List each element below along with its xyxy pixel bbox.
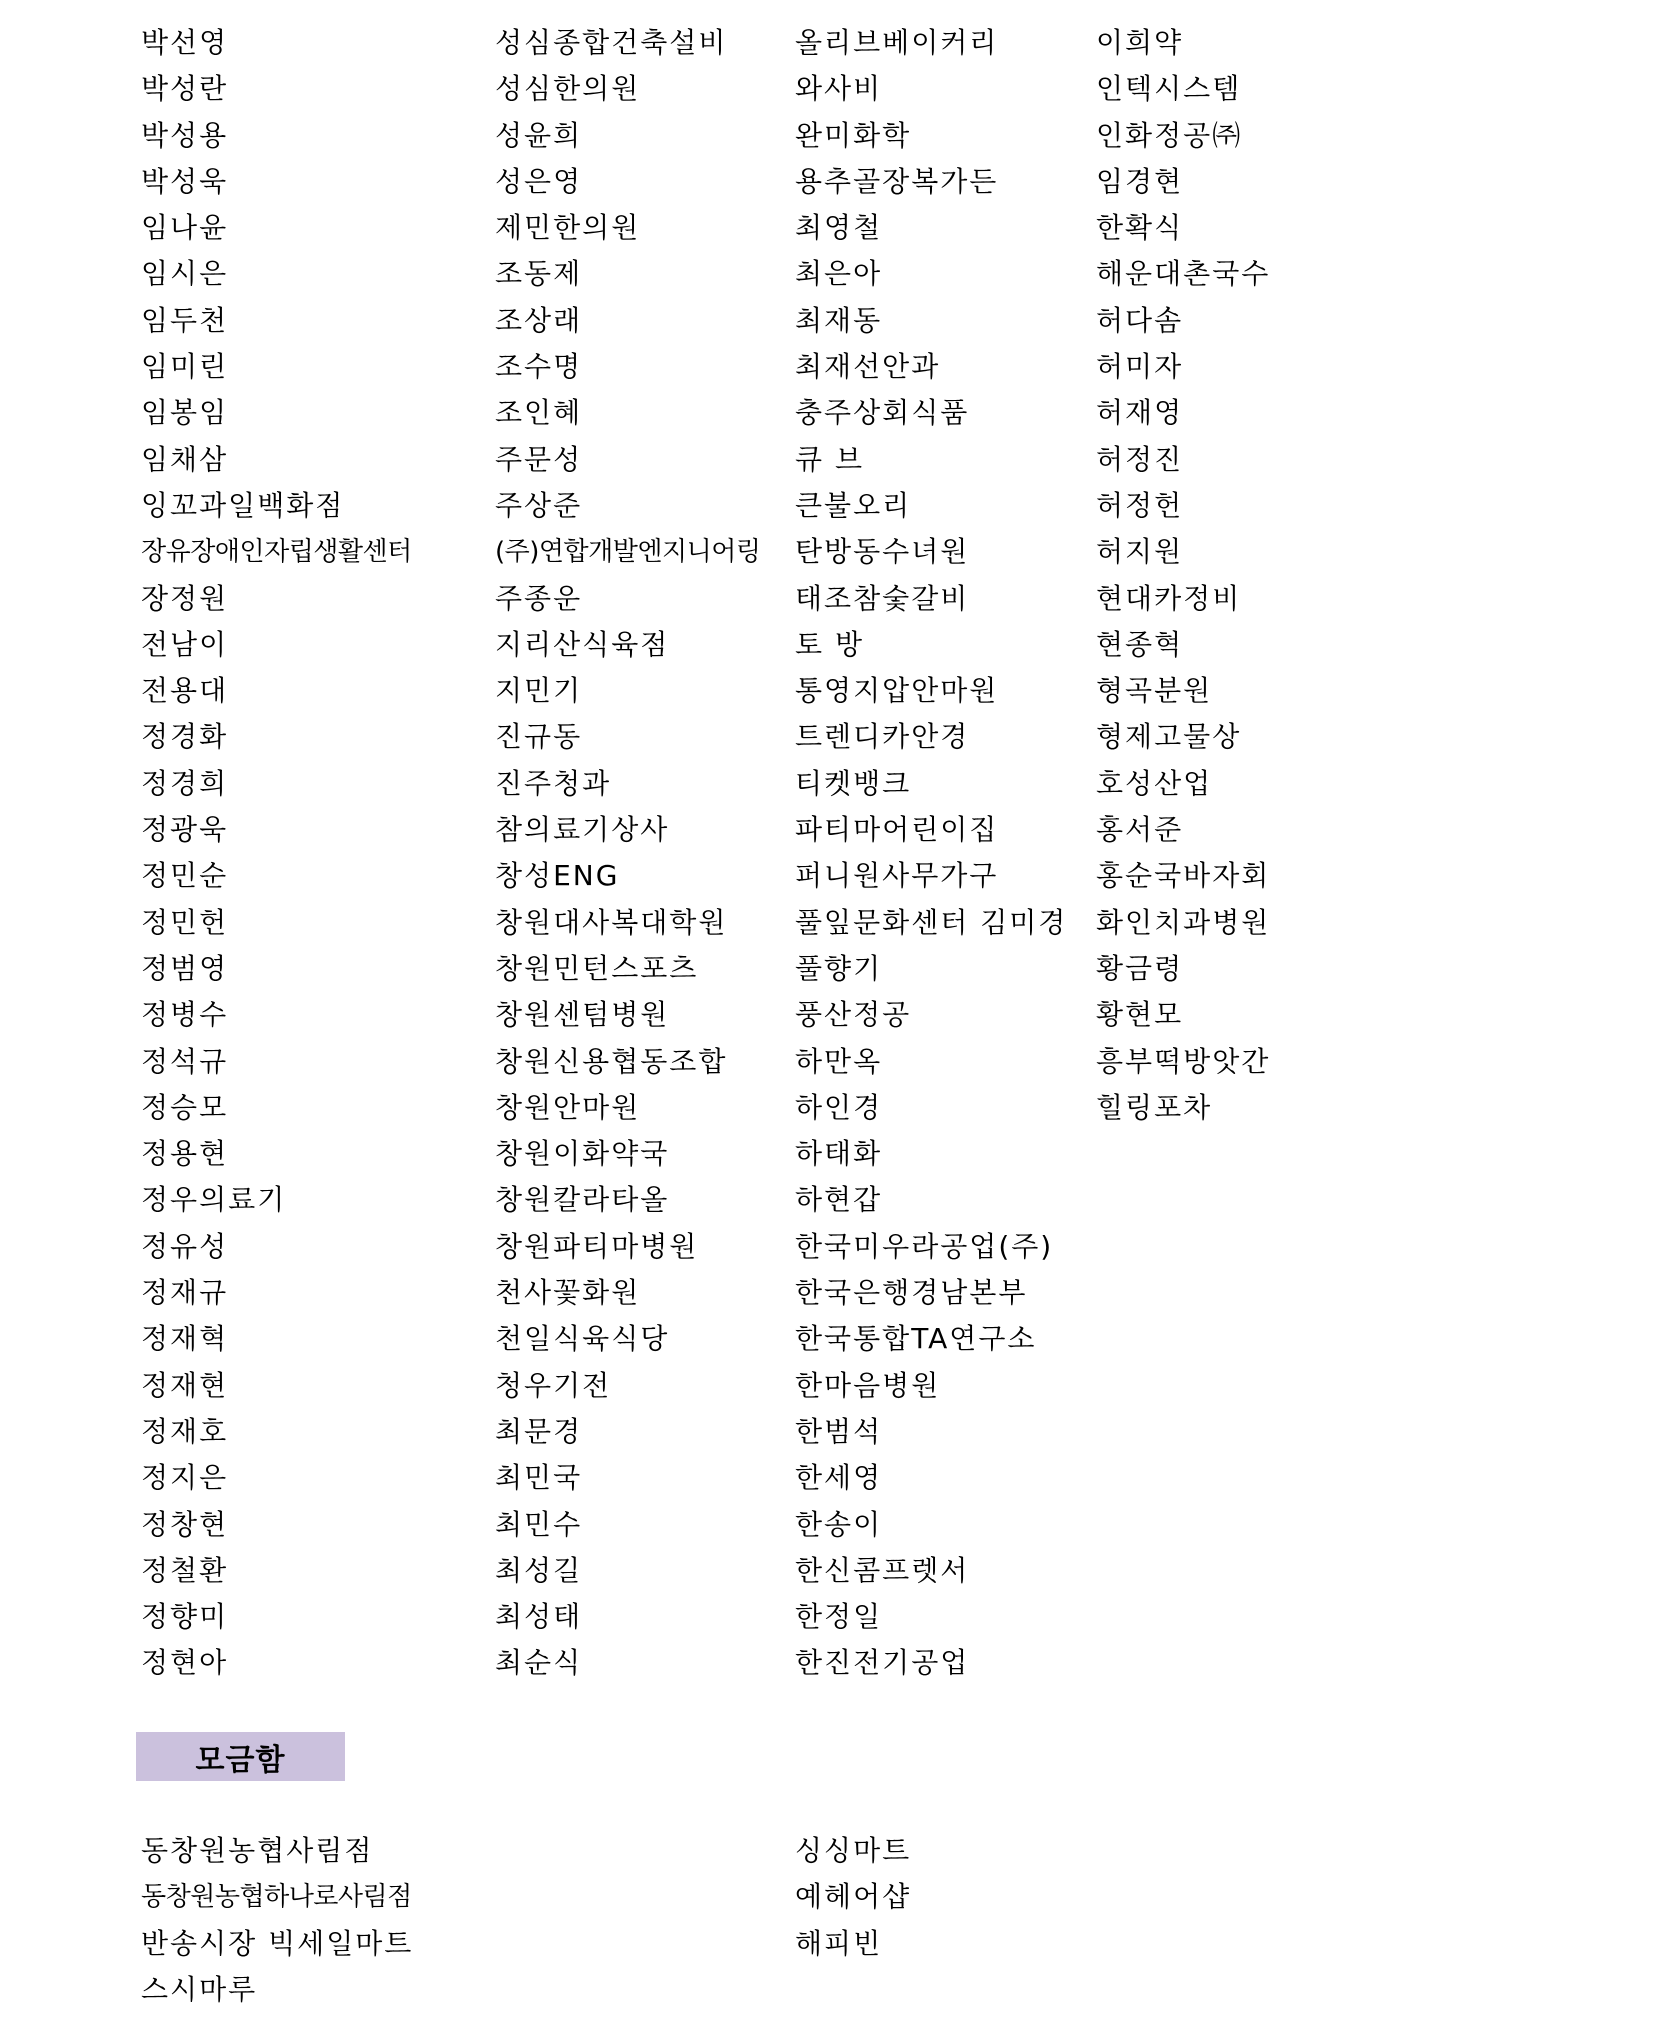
- list-item: 정재혁: [141, 1316, 412, 1362]
- list-item: 태조참숯갈비: [795, 576, 1067, 622]
- list-item: 풀향기: [795, 946, 1067, 992]
- list-item: 황현모: [1096, 992, 1270, 1038]
- list-item: 장유장애인자립생활센터: [141, 529, 412, 575]
- list-item: 충주상회식품: [795, 390, 1067, 436]
- list-item: 최재선안과: [795, 344, 1067, 390]
- list-item: 창원이화약국: [495, 1131, 760, 1177]
- list-item: 하현갑: [795, 1177, 1067, 1223]
- list-item: 창원센텀병원: [495, 992, 760, 1038]
- list-item: 한국통합TA연구소: [795, 1316, 1067, 1362]
- list-item: 정경화: [141, 714, 412, 760]
- list-item: 올리브베이커리: [795, 20, 1067, 66]
- list-item: 최민수: [495, 1502, 760, 1548]
- list-item: 창원신용협동조합: [495, 1039, 760, 1085]
- list-item: 한세영: [795, 1455, 1067, 1501]
- list-item: 청우기전: [495, 1363, 760, 1409]
- list-item: 주문성: [495, 437, 760, 483]
- list-item: 큰불오리: [795, 483, 1067, 529]
- list-item: 임채삼: [141, 437, 412, 483]
- list-item: 현대카정비: [1096, 576, 1270, 622]
- list-item: 인화정공㈜: [1096, 113, 1270, 159]
- list-item: 한신콤프렛서: [795, 1548, 1067, 1594]
- list-item: 정승모: [141, 1085, 412, 1131]
- list-item: 홍순국바자회: [1096, 853, 1270, 899]
- list-item: 퍼니원사무가구: [795, 853, 1067, 899]
- list-item: 싱싱마트: [795, 1828, 911, 1874]
- list-item: 허지원: [1096, 529, 1270, 575]
- list-item: 진주청과: [495, 761, 760, 807]
- list-item: 완미화학: [795, 113, 1067, 159]
- list-item: 허정진: [1096, 437, 1270, 483]
- list-item: 허정헌: [1096, 483, 1270, 529]
- section-title: 모금함: [196, 1735, 286, 1779]
- list-item: 최재동: [795, 298, 1067, 344]
- donor-column-4: 이희약인텍시스템인화정공㈜임경현한확식해운대촌국수허다솜허미자허재영허정진허정헌…: [1096, 20, 1270, 1131]
- list-item: 전용대: [141, 668, 412, 714]
- list-item: 동창원농협사림점: [141, 1828, 413, 1874]
- fundraising-column-2: 싱싱마트예헤어샵해피빈: [795, 1828, 911, 1967]
- list-item: 임나윤: [141, 205, 412, 251]
- list-item: 파티마어린이집: [795, 807, 1067, 853]
- list-item: 창원대사복대학원: [495, 900, 760, 946]
- list-item: 정병수: [141, 992, 412, 1038]
- list-item: 주상준: [495, 483, 760, 529]
- list-item: 임시은: [141, 251, 412, 297]
- list-item: 최성길: [495, 1548, 760, 1594]
- list-item: 현종혁: [1096, 622, 1270, 668]
- list-item: 정재현: [141, 1363, 412, 1409]
- list-item: 정우의료기: [141, 1177, 412, 1223]
- list-item: 힐링포차: [1096, 1085, 1270, 1131]
- list-item: 장정원: [141, 576, 412, 622]
- list-item: 정경희: [141, 761, 412, 807]
- list-item: 황금령: [1096, 946, 1270, 992]
- list-item: 화인치과병원: [1096, 900, 1270, 946]
- list-item: 조상래: [495, 298, 760, 344]
- list-item: 예헤어샵: [795, 1874, 911, 1920]
- donor-column-3: 올리브베이커리와사비완미화학용추골장복가든최영철최은아최재동최재선안과충주상회식…: [795, 20, 1067, 1687]
- list-item: 조수명: [495, 344, 760, 390]
- list-item: 정창현: [141, 1502, 412, 1548]
- list-item: 해피빈: [795, 1921, 911, 1967]
- list-item: 스시마루: [141, 1967, 413, 2013]
- list-item: 한확식: [1096, 205, 1270, 251]
- list-item: 최순식: [495, 1640, 760, 1686]
- list-item: 최문경: [495, 1409, 760, 1455]
- list-item: 반송시장 빅세일마트: [141, 1921, 413, 1967]
- list-item: 박성용: [141, 113, 412, 159]
- list-item: 지리산식육점: [495, 622, 760, 668]
- list-item: 정유성: [141, 1224, 412, 1270]
- list-item: 잉꼬과일백화점: [141, 483, 412, 529]
- list-item: 최은아: [795, 251, 1067, 297]
- list-item: 창원파티마병원: [495, 1224, 760, 1270]
- list-item: 하인경: [795, 1085, 1067, 1131]
- list-item: 한정일: [795, 1594, 1067, 1640]
- list-item: 트렌디카안경: [795, 714, 1067, 760]
- list-item: 조인혜: [495, 390, 760, 436]
- list-item: 성윤희: [495, 113, 760, 159]
- list-item: 창원안마원: [495, 1085, 760, 1131]
- list-item: 정현아: [141, 1640, 412, 1686]
- list-item: 한송이: [795, 1502, 1067, 1548]
- list-item: 통영지압안마원: [795, 668, 1067, 714]
- list-item: 허미자: [1096, 344, 1270, 390]
- list-item: 정재규: [141, 1270, 412, 1316]
- fundraising-column-1: 동창원농협사림점동창원농협하나로사림점반송시장 빅세일마트스시마루: [141, 1828, 413, 2013]
- list-item: 임두천: [141, 298, 412, 344]
- list-item: 인텍시스템: [1096, 66, 1270, 112]
- list-item: 천사꽃화원: [495, 1270, 760, 1316]
- list-item: 최영철: [795, 205, 1067, 251]
- list-item: 정지은: [141, 1455, 412, 1501]
- list-item: 최성태: [495, 1594, 760, 1640]
- list-item: 임미린: [141, 344, 412, 390]
- list-item: 조동제: [495, 251, 760, 297]
- list-item: 창성ENG: [495, 853, 760, 899]
- list-item: 진규동: [495, 714, 760, 760]
- list-item: 임경현: [1096, 159, 1270, 205]
- list-item: 티켓뱅크: [795, 761, 1067, 807]
- list-item: 성심종합건축설비: [495, 20, 760, 66]
- list-item: 창원민턴스포츠: [495, 946, 760, 992]
- list-item: 주종운: [495, 576, 760, 622]
- list-item: 전남이: [141, 622, 412, 668]
- list-item: 정민헌: [141, 900, 412, 946]
- list-item: 박선영: [141, 20, 412, 66]
- list-item: 한국은행경남본부: [795, 1270, 1067, 1316]
- list-item: 정광욱: [141, 807, 412, 853]
- list-item: 정민순: [141, 853, 412, 899]
- list-item: 허다솜: [1096, 298, 1270, 344]
- list-item: 창원칼라타올: [495, 1177, 760, 1223]
- list-item: 한진전기공업: [795, 1640, 1067, 1686]
- list-item: 호성산업: [1096, 761, 1270, 807]
- list-item: 풍산정공: [795, 992, 1067, 1038]
- list-item: 허재영: [1096, 390, 1270, 436]
- list-item: 박성욱: [141, 159, 412, 205]
- list-item: 하태화: [795, 1131, 1067, 1177]
- list-item: 정범영: [141, 946, 412, 992]
- list-item: 하만옥: [795, 1039, 1067, 1085]
- donor-column-2: 성심종합건축설비성심한의원성윤희성은영제민한의원조동제조상래조수명조인혜주문성주…: [495, 20, 760, 1687]
- list-item: 홍서준: [1096, 807, 1270, 853]
- list-item: 동창원농협하나로사림점: [141, 1874, 413, 1920]
- list-item: 한범석: [795, 1409, 1067, 1455]
- list-item: 풀잎문화센터 김미경: [795, 900, 1067, 946]
- list-item: 이희약: [1096, 20, 1270, 66]
- list-item: 정석규: [141, 1039, 412, 1085]
- list-item: 흥부떡방앗간: [1096, 1039, 1270, 1085]
- list-item: 와사비: [795, 66, 1067, 112]
- list-item: 형제고물상: [1096, 714, 1270, 760]
- list-item: 임봉임: [141, 390, 412, 436]
- list-item: 한마음병원: [795, 1363, 1067, 1409]
- list-item: 제민한의원: [495, 205, 760, 251]
- list-item: 정향미: [141, 1594, 412, 1640]
- list-item: 참의료기상사: [495, 807, 760, 853]
- list-item: 천일식육식당: [495, 1316, 760, 1362]
- list-item: 정철환: [141, 1548, 412, 1594]
- list-item: 정용현: [141, 1131, 412, 1177]
- list-item: 탄방동수녀원: [795, 529, 1067, 575]
- list-item: 성심한의원: [495, 66, 760, 112]
- list-item: 형곡분원: [1096, 668, 1270, 714]
- list-item: 지민기: [495, 668, 760, 714]
- list-item: 해운대촌국수: [1096, 251, 1270, 297]
- donor-column-1: 박선영박성란박성용박성욱임나윤임시은임두천임미린임봉임임채삼잉꼬과일백화점장유장…: [141, 20, 412, 1687]
- list-item: 한국미우라공업(주): [795, 1224, 1067, 1270]
- list-item: 박성란: [141, 66, 412, 112]
- list-item: 용추골장복가든: [795, 159, 1067, 205]
- section-header-fundraising-box: 모금함: [136, 1732, 345, 1781]
- list-item: 토 방: [795, 622, 1067, 668]
- list-item: 최민국: [495, 1455, 760, 1501]
- list-item: 큐 브: [795, 437, 1067, 483]
- list-item: 성은영: [495, 159, 760, 205]
- list-item: 정재호: [141, 1409, 412, 1455]
- list-item: (주)연합개발엔지니어링: [495, 529, 760, 575]
